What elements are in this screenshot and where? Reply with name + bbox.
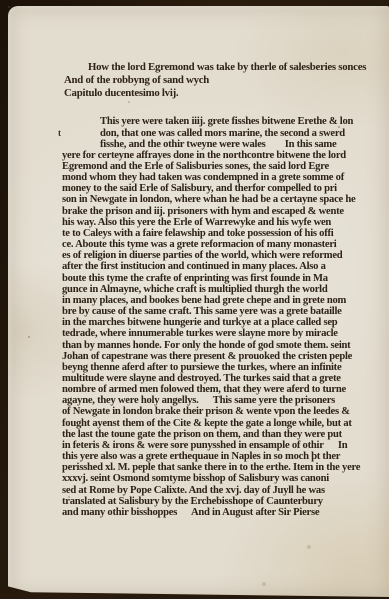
text-line: in feteris & irons & were sore punysshed…	[62, 440, 370, 451]
heading-line: And of the robbyng of sand wych	[62, 74, 370, 87]
text-line: in many places, and bookes bene had gret…	[62, 295, 370, 306]
foxing-specks	[8, 6, 10, 8]
text-line: te to Caleys with a faire felawship and …	[62, 228, 370, 239]
text-line: his way. Also this yere the Erle of Warr…	[62, 217, 370, 228]
text-line: Egremond and the Erle of Salisburies son…	[62, 161, 370, 172]
text-line: es of religion in diuerse parties of the…	[62, 250, 370, 261]
text-line: after the first institucion and continue…	[62, 261, 370, 272]
text-line: of Newgate in london brake their prison …	[62, 406, 370, 417]
text-line: This yere were taken iiij. grete fisshes…	[62, 116, 370, 127]
text-line: ce. Aboute this tyme was a grete reforma…	[62, 239, 370, 250]
text-line: fought ayenst them of the Cite & kepte t…	[62, 418, 370, 429]
text-line: yere for certeyne affrayes done in the n…	[62, 150, 370, 161]
body-text: t This yere were taken iiij. grete fissh…	[62, 116, 370, 518]
book-photo: How the lord Egremond was take by therle…	[0, 0, 389, 599]
text-line: sed at Rome by Pope Calixte. And the xvj…	[62, 485, 370, 496]
text-line: translated at Salisbury by the Erchebiss…	[62, 496, 370, 507]
text-line: bre by cause of the same craft. This sam…	[62, 306, 370, 317]
text-line: this yere also was a grete erthequaue in…	[62, 451, 370, 462]
text-line: perisshed xl. M. peple that sanke there …	[62, 462, 370, 473]
text-line: Johan of capestrane was there present & …	[62, 351, 370, 362]
text-line: xxxvj. seint Osmond somtyme bisshop of S…	[62, 473, 370, 484]
text-line: multitude were slayne and destroyed. The…	[62, 373, 370, 384]
text-line: mond whom they had taken was condempned …	[62, 172, 370, 183]
text-line: in the marches bitwene hungerie and turk…	[62, 317, 370, 328]
text-line: boute this tyme the crafte of enprinting…	[62, 273, 370, 284]
heading-line: How the lord Egremond was take by therle…	[62, 61, 370, 74]
text-line: beyng thenne aferd after to pursiewe the…	[62, 362, 370, 373]
text-block: How the lord Egremond was take by therle…	[62, 61, 370, 518]
guide-letter: t	[58, 128, 61, 138]
text-line: nombre of armed men folowed them, that t…	[62, 384, 370, 395]
text-line: fisshe, and the othir tweyne were wales …	[62, 139, 370, 150]
chapter-heading: How the lord Egremond was take by therle…	[62, 61, 370, 99]
book-page: How the lord Egremond was take by therle…	[8, 6, 389, 597]
text-line: gunce in Almayne, whiche craft is multip…	[62, 284, 370, 295]
text-line: tedrade, where innumerable turkes were s…	[62, 328, 370, 339]
heading-line: Capitulo ducentesimo lvij.	[62, 87, 370, 100]
text-line: than by mannes honde. For only the honde…	[62, 340, 370, 351]
text-line: brake the prison and iij. prisoners with…	[62, 206, 370, 217]
text-line: agayne, they were holy angellys. This sa…	[62, 395, 370, 406]
text-line: don, that one was called mors marine, th…	[62, 128, 370, 139]
text-line: and many othir bisshoppes And in August …	[62, 507, 370, 518]
text-line: son in Newgate in london, where whan he …	[62, 194, 370, 205]
text-line: money to the said Erle of Salisbury, and…	[62, 183, 370, 194]
text-line: the last the toune gate the prison on th…	[62, 429, 370, 440]
